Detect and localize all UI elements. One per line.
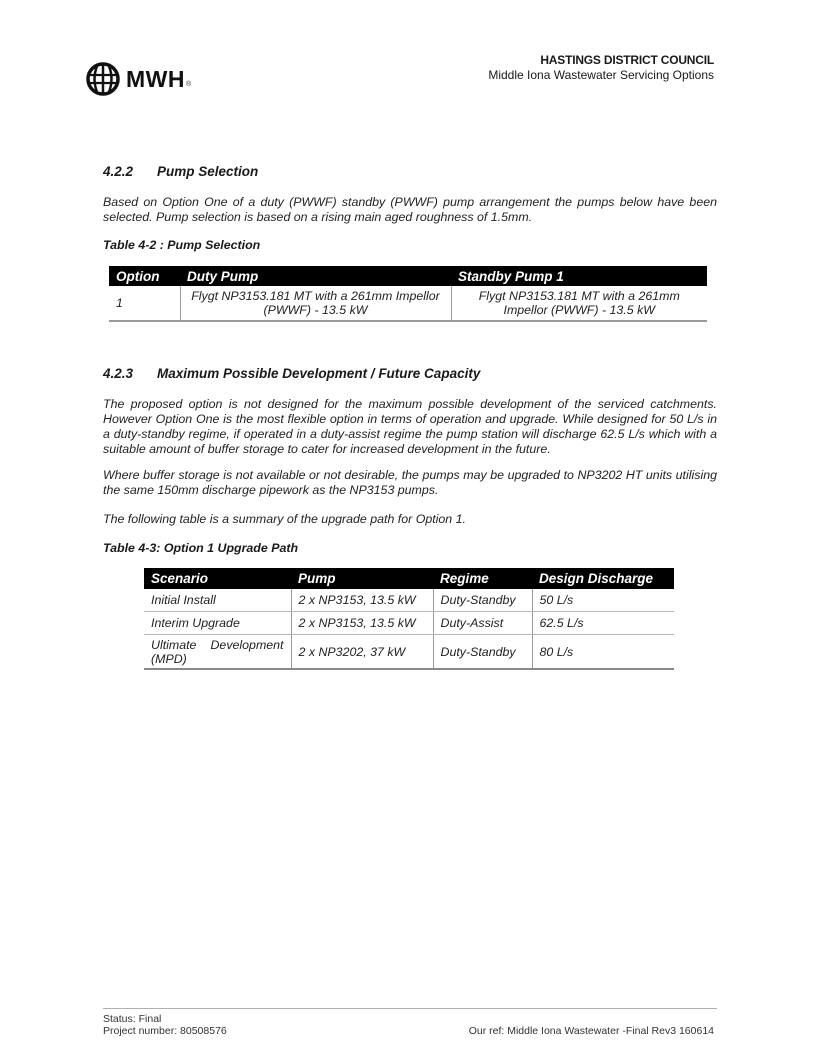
capacity-paragraph-3: The following table is a summary of the … xyxy=(103,512,717,527)
table-cell: 62.5 L/s xyxy=(532,612,674,635)
table-cell: 2 x NP3202, 37 kW xyxy=(291,635,433,670)
section-number: 4.2.3 xyxy=(103,366,157,381)
project-title: Middle Iona Wastewater Servicing Options xyxy=(488,68,714,83)
section-title: Pump Selection xyxy=(157,164,258,179)
column-header: Standby Pump 1 xyxy=(451,266,707,286)
table-cell: 80 L/s xyxy=(532,635,674,670)
table-header-row: Option Duty Pump Standby Pump 1 xyxy=(109,266,707,286)
table-row: Ultimate Development (MPD) 2 x NP3202, 3… xyxy=(144,635,674,670)
project-number: Project number: 80508576 xyxy=(103,1025,227,1037)
table-row: 1 Flygt NP3153.181 MT with a 261mm Impel… xyxy=(109,286,707,321)
capacity-paragraph-2: Where buffer storage is not available or… xyxy=(103,468,717,498)
capacity-paragraph-1: The proposed option is not designed for … xyxy=(103,397,717,457)
table-cell: 50 L/s xyxy=(532,589,674,612)
registered-mark: ® xyxy=(186,81,191,88)
column-header: Scenario xyxy=(144,568,291,589)
organization-name: HASTINGS DISTRICT COUNCIL xyxy=(488,53,714,68)
footer-divider xyxy=(103,1008,717,1009)
logo-text: MWH xyxy=(126,66,185,93)
section-heading-4-2-2: 4.2.2Pump Selection xyxy=(103,164,258,179)
table-cell: Duty-Standby xyxy=(433,589,532,612)
table-row: Initial Install 2 x NP3153, 13.5 kW Duty… xyxy=(144,589,674,612)
table-cell: Duty-Assist xyxy=(433,612,532,635)
status-text: Status: Final xyxy=(103,1013,227,1025)
pump-selection-table: Option Duty Pump Standby Pump 1 1 Flygt … xyxy=(109,266,707,322)
section-heading-4-2-3: 4.2.3Maximum Possible Development / Futu… xyxy=(103,366,480,381)
document-header: HASTINGS DISTRICT COUNCIL Middle Iona Wa… xyxy=(488,53,714,83)
pump-selection-paragraph: Based on Option One of a duty (PWWF) sta… xyxy=(103,195,717,225)
table-cell: Initial Install xyxy=(144,589,291,612)
table-cell: 1 xyxy=(109,286,180,321)
section-number: 4.2.2 xyxy=(103,164,157,179)
table-header-row: Scenario Pump Regime Design Discharge xyxy=(144,568,674,589)
table-row: Interim Upgrade 2 x NP3153, 13.5 kW Duty… xyxy=(144,612,674,635)
table-caption-4-2: Table 4-2 : Pump Selection xyxy=(103,238,260,252)
globe-icon xyxy=(86,62,120,96)
upgrade-path-table: Scenario Pump Regime Design Discharge In… xyxy=(144,568,674,670)
table-caption-4-3: Table 4-3: Option 1 Upgrade Path xyxy=(103,541,298,555)
footer-status-block: Status: Final Project number: 80508576 xyxy=(103,1013,227,1037)
table-cell: Flygt NP3153.181 MT with a 261mm Impello… xyxy=(180,286,451,321)
table-cell: Duty-Standby xyxy=(433,635,532,670)
table-cell: Flygt NP3153.181 MT with a 261mm Impello… xyxy=(451,286,707,321)
footer-reference: Our ref: Middle Iona Wastewater -Final R… xyxy=(469,1025,714,1037)
column-header: Duty Pump xyxy=(180,266,451,286)
column-header: Option xyxy=(109,266,180,286)
table-cell: 2 x NP3153, 13.5 kW xyxy=(291,589,433,612)
section-title: Maximum Possible Development / Future Ca… xyxy=(157,366,480,381)
column-header: Design Discharge xyxy=(532,568,674,589)
table-cell: Interim Upgrade xyxy=(144,612,291,635)
column-header: Pump xyxy=(291,568,433,589)
column-header: Regime xyxy=(433,568,532,589)
table-cell: Ultimate Development (MPD) xyxy=(144,635,291,670)
table-cell: 2 x NP3153, 13.5 kW xyxy=(291,612,433,635)
mwh-logo: MWH ® xyxy=(86,62,191,96)
